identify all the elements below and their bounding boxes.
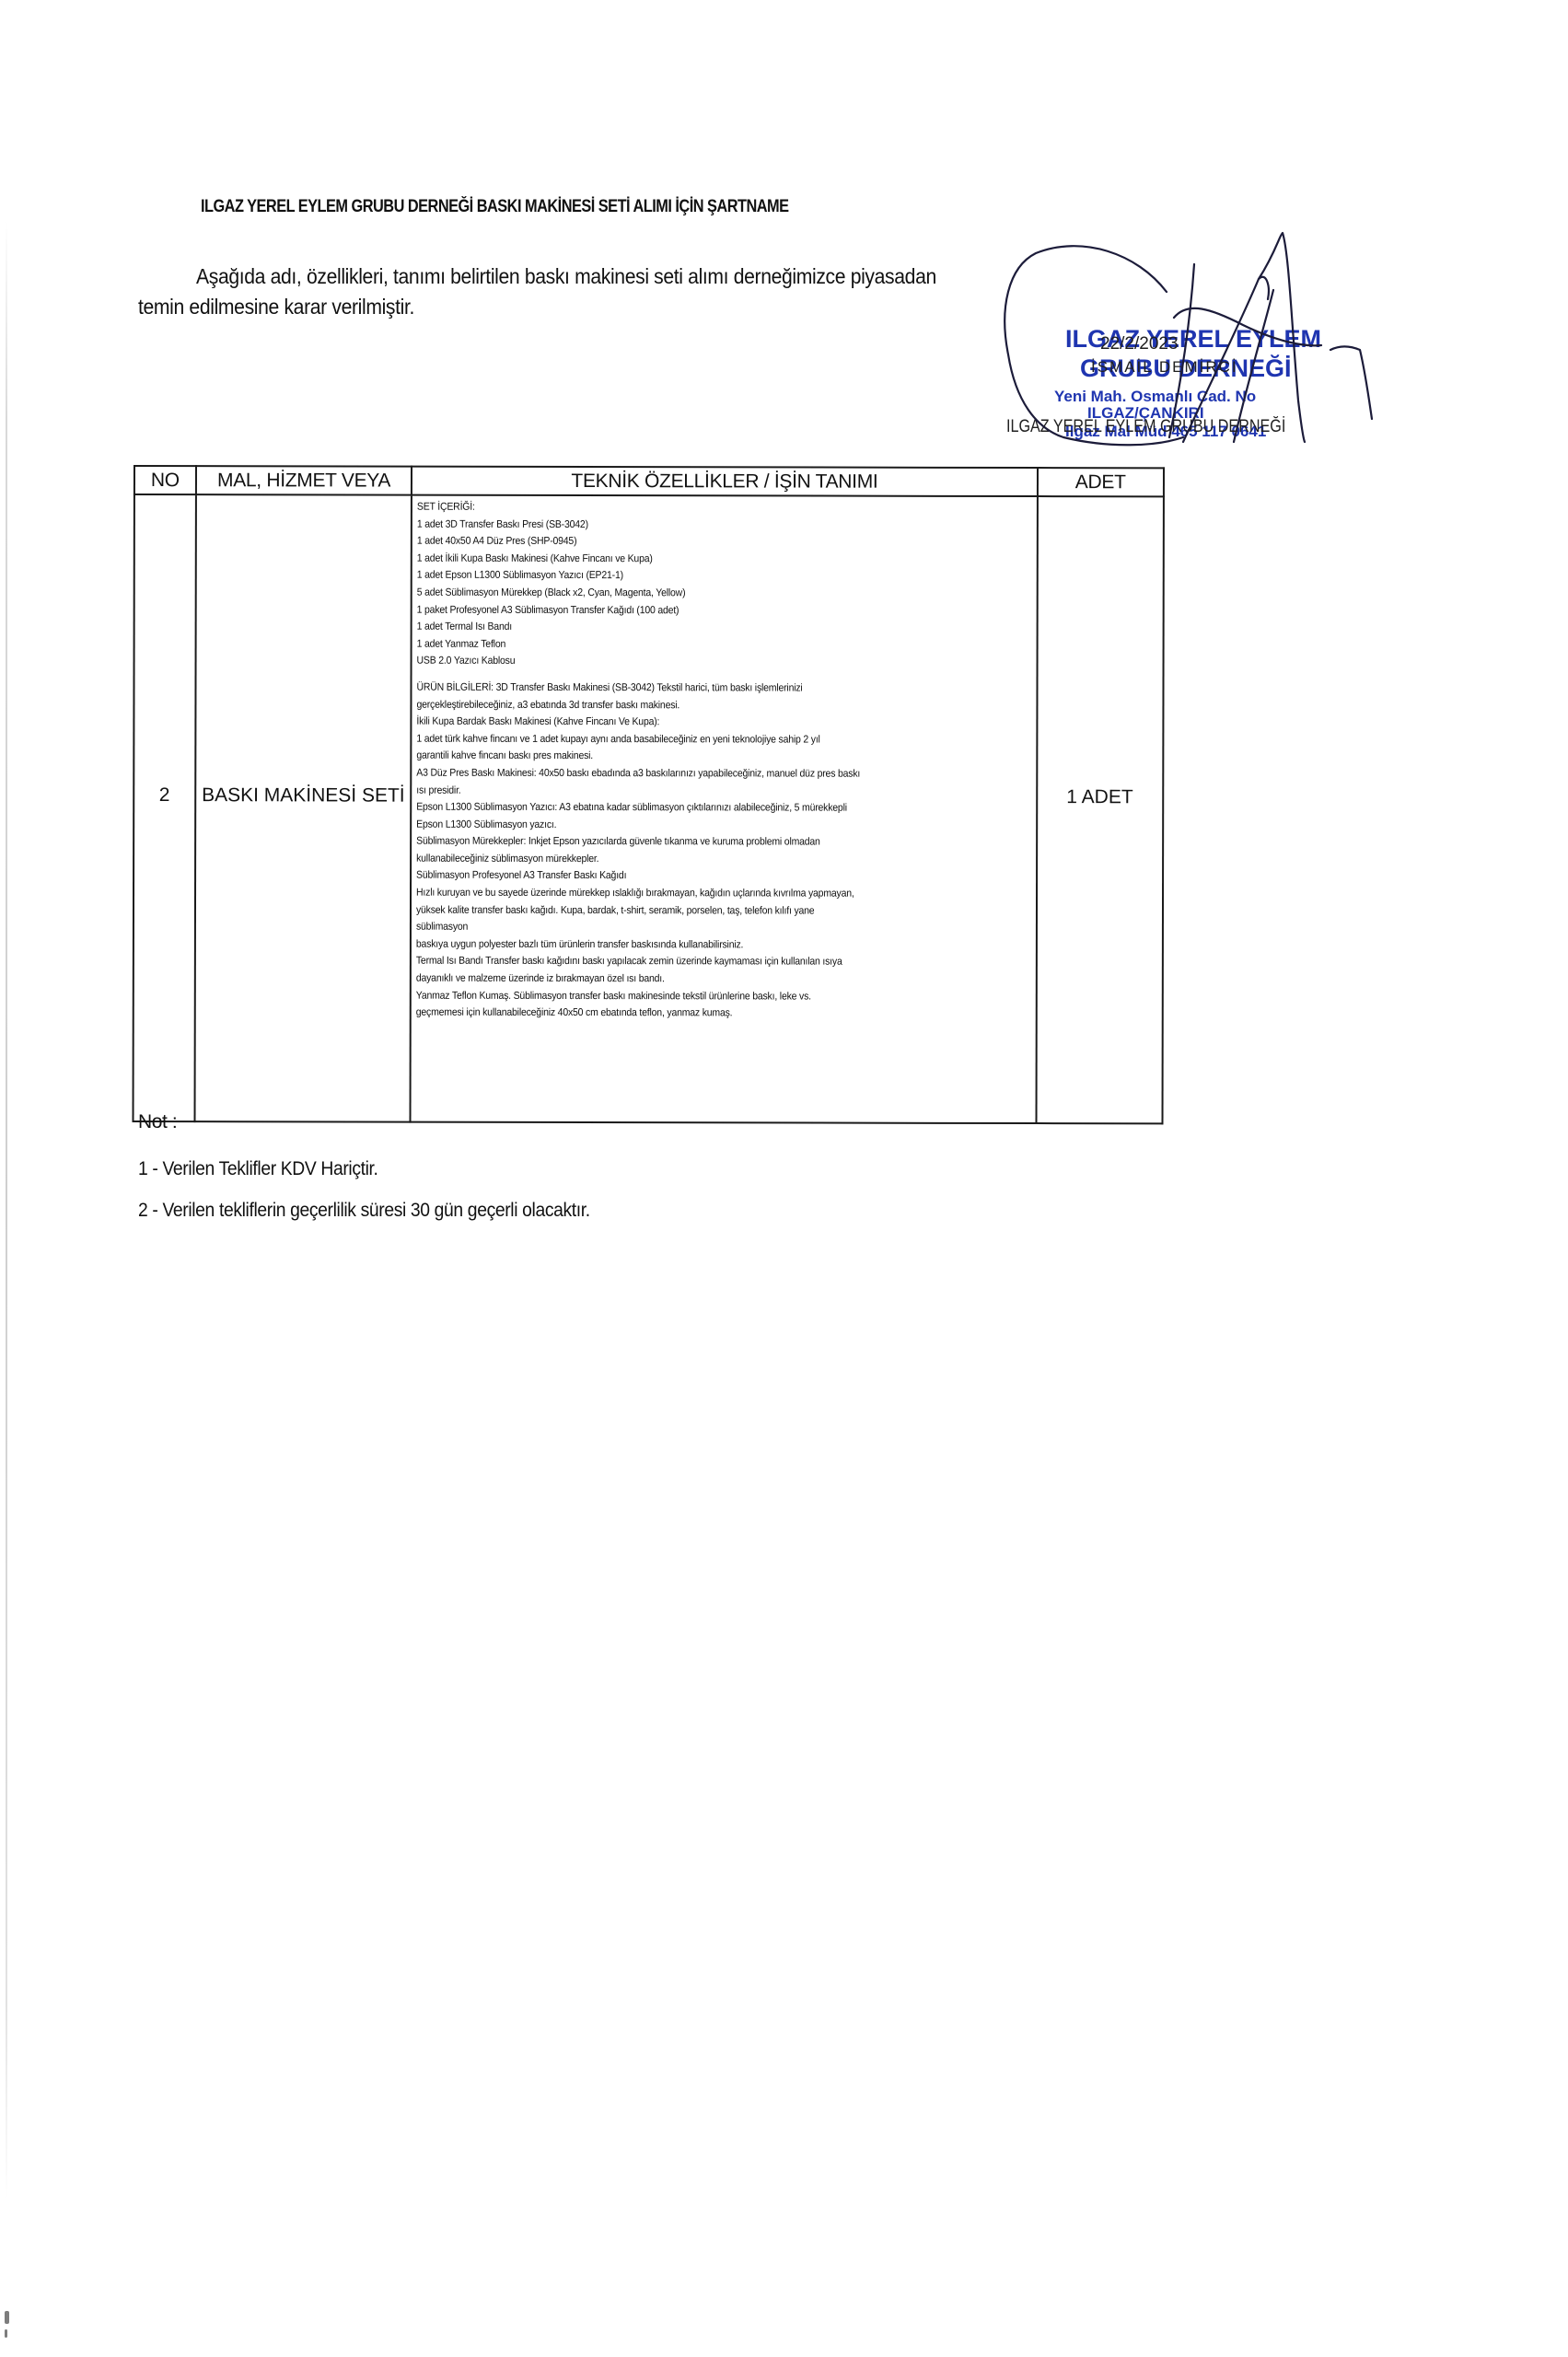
document-title: ILGAZ YEREL EYLEM GRUBU DERNEĞİ BASKI MA… bbox=[201, 197, 788, 217]
row-spec: SET İÇERİĞİ: 1 adet 3D Transfer Baskı Pr… bbox=[411, 495, 1037, 1123]
set-content-item: 1 adet 40x50 A4 Düz Pres (SHP-0945) bbox=[417, 533, 983, 552]
set-content-item: 1 adet 3D Transfer Baskı Presi (SB-3042) bbox=[417, 516, 983, 534]
row-qty: 1 ADET bbox=[1036, 496, 1164, 1123]
product-info-line: Yanmaz Teflon Kumaş. Süblimasyon transfe… bbox=[416, 987, 982, 1005]
product-info-line: süblimasyon bbox=[416, 919, 982, 937]
official-stamp-signature: ILGAZ YEREL EYLEM GRUBU DERNEĞİ Yeni Mah… bbox=[999, 216, 1386, 456]
product-info-line: Epson L1300 Süblimasyon Yazıcı: A3 ebatı… bbox=[417, 799, 983, 818]
scan-edge-shadow bbox=[6, 221, 7, 2200]
product-info-line: ısı presidir. bbox=[417, 782, 983, 800]
table-row: 2 BASKI MAKİNESİ SETİ SET İÇERİĞİ: 1 ade… bbox=[134, 494, 1164, 1123]
header-qty: ADET bbox=[1037, 468, 1164, 496]
row-no-text: 2 bbox=[159, 784, 170, 806]
handwritten-signature-icon bbox=[999, 216, 1386, 456]
row-item: BASKI MAKİNESİ SETİ bbox=[194, 494, 412, 1121]
header-spec: TEKNİK ÖZELLİKLER / İŞİN TANIMI bbox=[412, 467, 1037, 496]
product-info-line: dayanıklı ve malzeme üzerinde iz bırakma… bbox=[416, 970, 982, 989]
row-no: 2 bbox=[134, 494, 196, 1121]
product-info-line: Termal Isı Bandı Transfer baskı kağıdını… bbox=[416, 953, 982, 971]
product-info-line: geçmemesi için kullanabileceğiniz 40x50 … bbox=[416, 1004, 982, 1023]
product-info-line: Hızlı kuruyan ve bu sayede üzerinde müre… bbox=[416, 885, 982, 903]
set-content-item: 1 paket Profesyonel A3 Süblimasyon Trans… bbox=[417, 601, 983, 620]
product-info-line: ÜRÜN BİLGİLERİ: 3D Transfer Baskı Makine… bbox=[417, 679, 983, 698]
scan-edge-mark bbox=[5, 2329, 7, 2338]
product-info-line: garantili kahve fincanı baskı pres makin… bbox=[417, 748, 983, 766]
intro-line-2: temin edilmesine karar verilmiştir. bbox=[138, 292, 1000, 322]
product-info-line: A3 Düz Pres Baskı Makinesi: 40x50 baskı … bbox=[417, 765, 983, 784]
product-info-line: gerçekleştirebileceğiniz, a3 ebatında 3d… bbox=[417, 696, 983, 714]
intro-line-1: Aşağıda adı, özellikleri, tanımı belirti… bbox=[138, 261, 1000, 292]
spec-text-block: SET İÇERİĞİ: 1 adet 3D Transfer Baskı Pr… bbox=[416, 499, 1032, 1023]
specification-table: NO MAL, HİZMET VEYA TEKNİK ÖZELLİKLER / … bbox=[133, 465, 1165, 1124]
product-info-line: Süblimasyon Mürekkepler: Inkjet Epson ya… bbox=[417, 833, 983, 852]
header-no: NO bbox=[134, 466, 196, 494]
product-info-line: yüksek kalite transfer baskı kağıdı. Kup… bbox=[416, 901, 982, 920]
scan-edge-mark bbox=[5, 2311, 9, 2324]
product-info-line: İkili Kupa Bardak Baskı Makinesi (Kahve … bbox=[417, 714, 983, 732]
set-content-item: 1 adet Epson L1300 Süblimasyon Yazıcı (E… bbox=[417, 567, 983, 586]
intro-paragraph: Aşağıda adı, özellikleri, tanımı belirti… bbox=[138, 261, 1096, 322]
product-info-line: baskıya uygun polyester bazlı tüm ürünle… bbox=[416, 935, 982, 954]
product-info-line: Epson L1300 Süblimasyon yazıcı. bbox=[417, 816, 983, 834]
row-item-text: BASKI MAKİNESİ SETİ bbox=[202, 784, 405, 806]
note-item: 1 - Verilen Teklifler KDV Hariçtir. bbox=[138, 1158, 378, 1180]
note-item: 2 - Verilen tekliflerin geçerlilik süres… bbox=[138, 1200, 590, 1222]
set-contents-heading: SET İÇERİĞİ: bbox=[417, 499, 983, 517]
product-info-list: ÜRÜN BİLGİLERİ: 3D Transfer Baskı Makine… bbox=[416, 679, 1032, 1023]
set-content-item: 1 adet İkili Kupa Baskı Makinesi (Kahve … bbox=[417, 550, 983, 568]
header-item: MAL, HİZMET VEYA bbox=[196, 466, 412, 494]
set-contents-list: 1 adet 3D Transfer Baskı Presi (SB-3042)… bbox=[417, 516, 1032, 671]
product-info-line: 1 adet türk kahve fincanı ve 1 adet kupa… bbox=[417, 730, 983, 749]
set-content-item: 5 adet Süblimasyon Mürekkep (Black x2, C… bbox=[417, 585, 983, 603]
product-info-line: kullanabileceğiniz süblimasyon mürekkepl… bbox=[417, 851, 983, 869]
set-content-item: USB 2.0 Yazıcı Kablosu bbox=[417, 653, 983, 671]
set-content-item: 1 adet Termal Isı Bandı bbox=[417, 619, 983, 637]
table-header-row: NO MAL, HİZMET VEYA TEKNİK ÖZELLİKLER / … bbox=[134, 466, 1164, 496]
set-content-item: 1 adet Yanmaz Teflon bbox=[417, 635, 983, 654]
row-qty-text: 1 ADET bbox=[1066, 786, 1132, 807]
product-info-line: Süblimasyon Profesyonel A3 Transfer Bask… bbox=[417, 867, 983, 886]
notes-heading: Not : bbox=[138, 1111, 177, 1133]
